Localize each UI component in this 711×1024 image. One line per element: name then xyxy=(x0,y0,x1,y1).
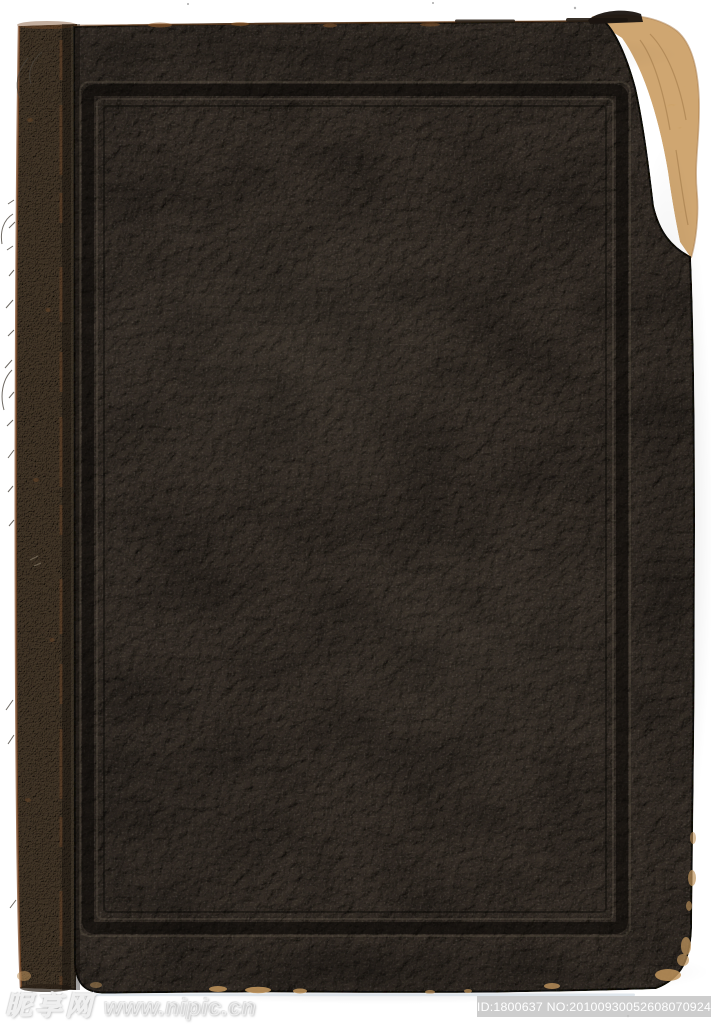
watermark-id-text: ID:1800637 NO:20100930052608070924 xyxy=(477,1000,711,1014)
leather-cover xyxy=(20,11,711,1004)
hinge-groove xyxy=(61,24,80,990)
watermark-site-url: www.nipic.cn xyxy=(104,994,256,1021)
scanned-book-cover-photo: 昵享网 www.nipic.cn ID:1800637 NO:201009300… xyxy=(0,0,711,1024)
watermark-site-name: 昵享网 xyxy=(5,984,95,1023)
book-cover-graphic xyxy=(0,0,711,1024)
watermark-id-badge: ID:1800637 NO:20100930052608070924 xyxy=(477,996,711,1017)
watermark-nipic-logo: 昵享网 www.nipic.cn xyxy=(5,984,256,1023)
